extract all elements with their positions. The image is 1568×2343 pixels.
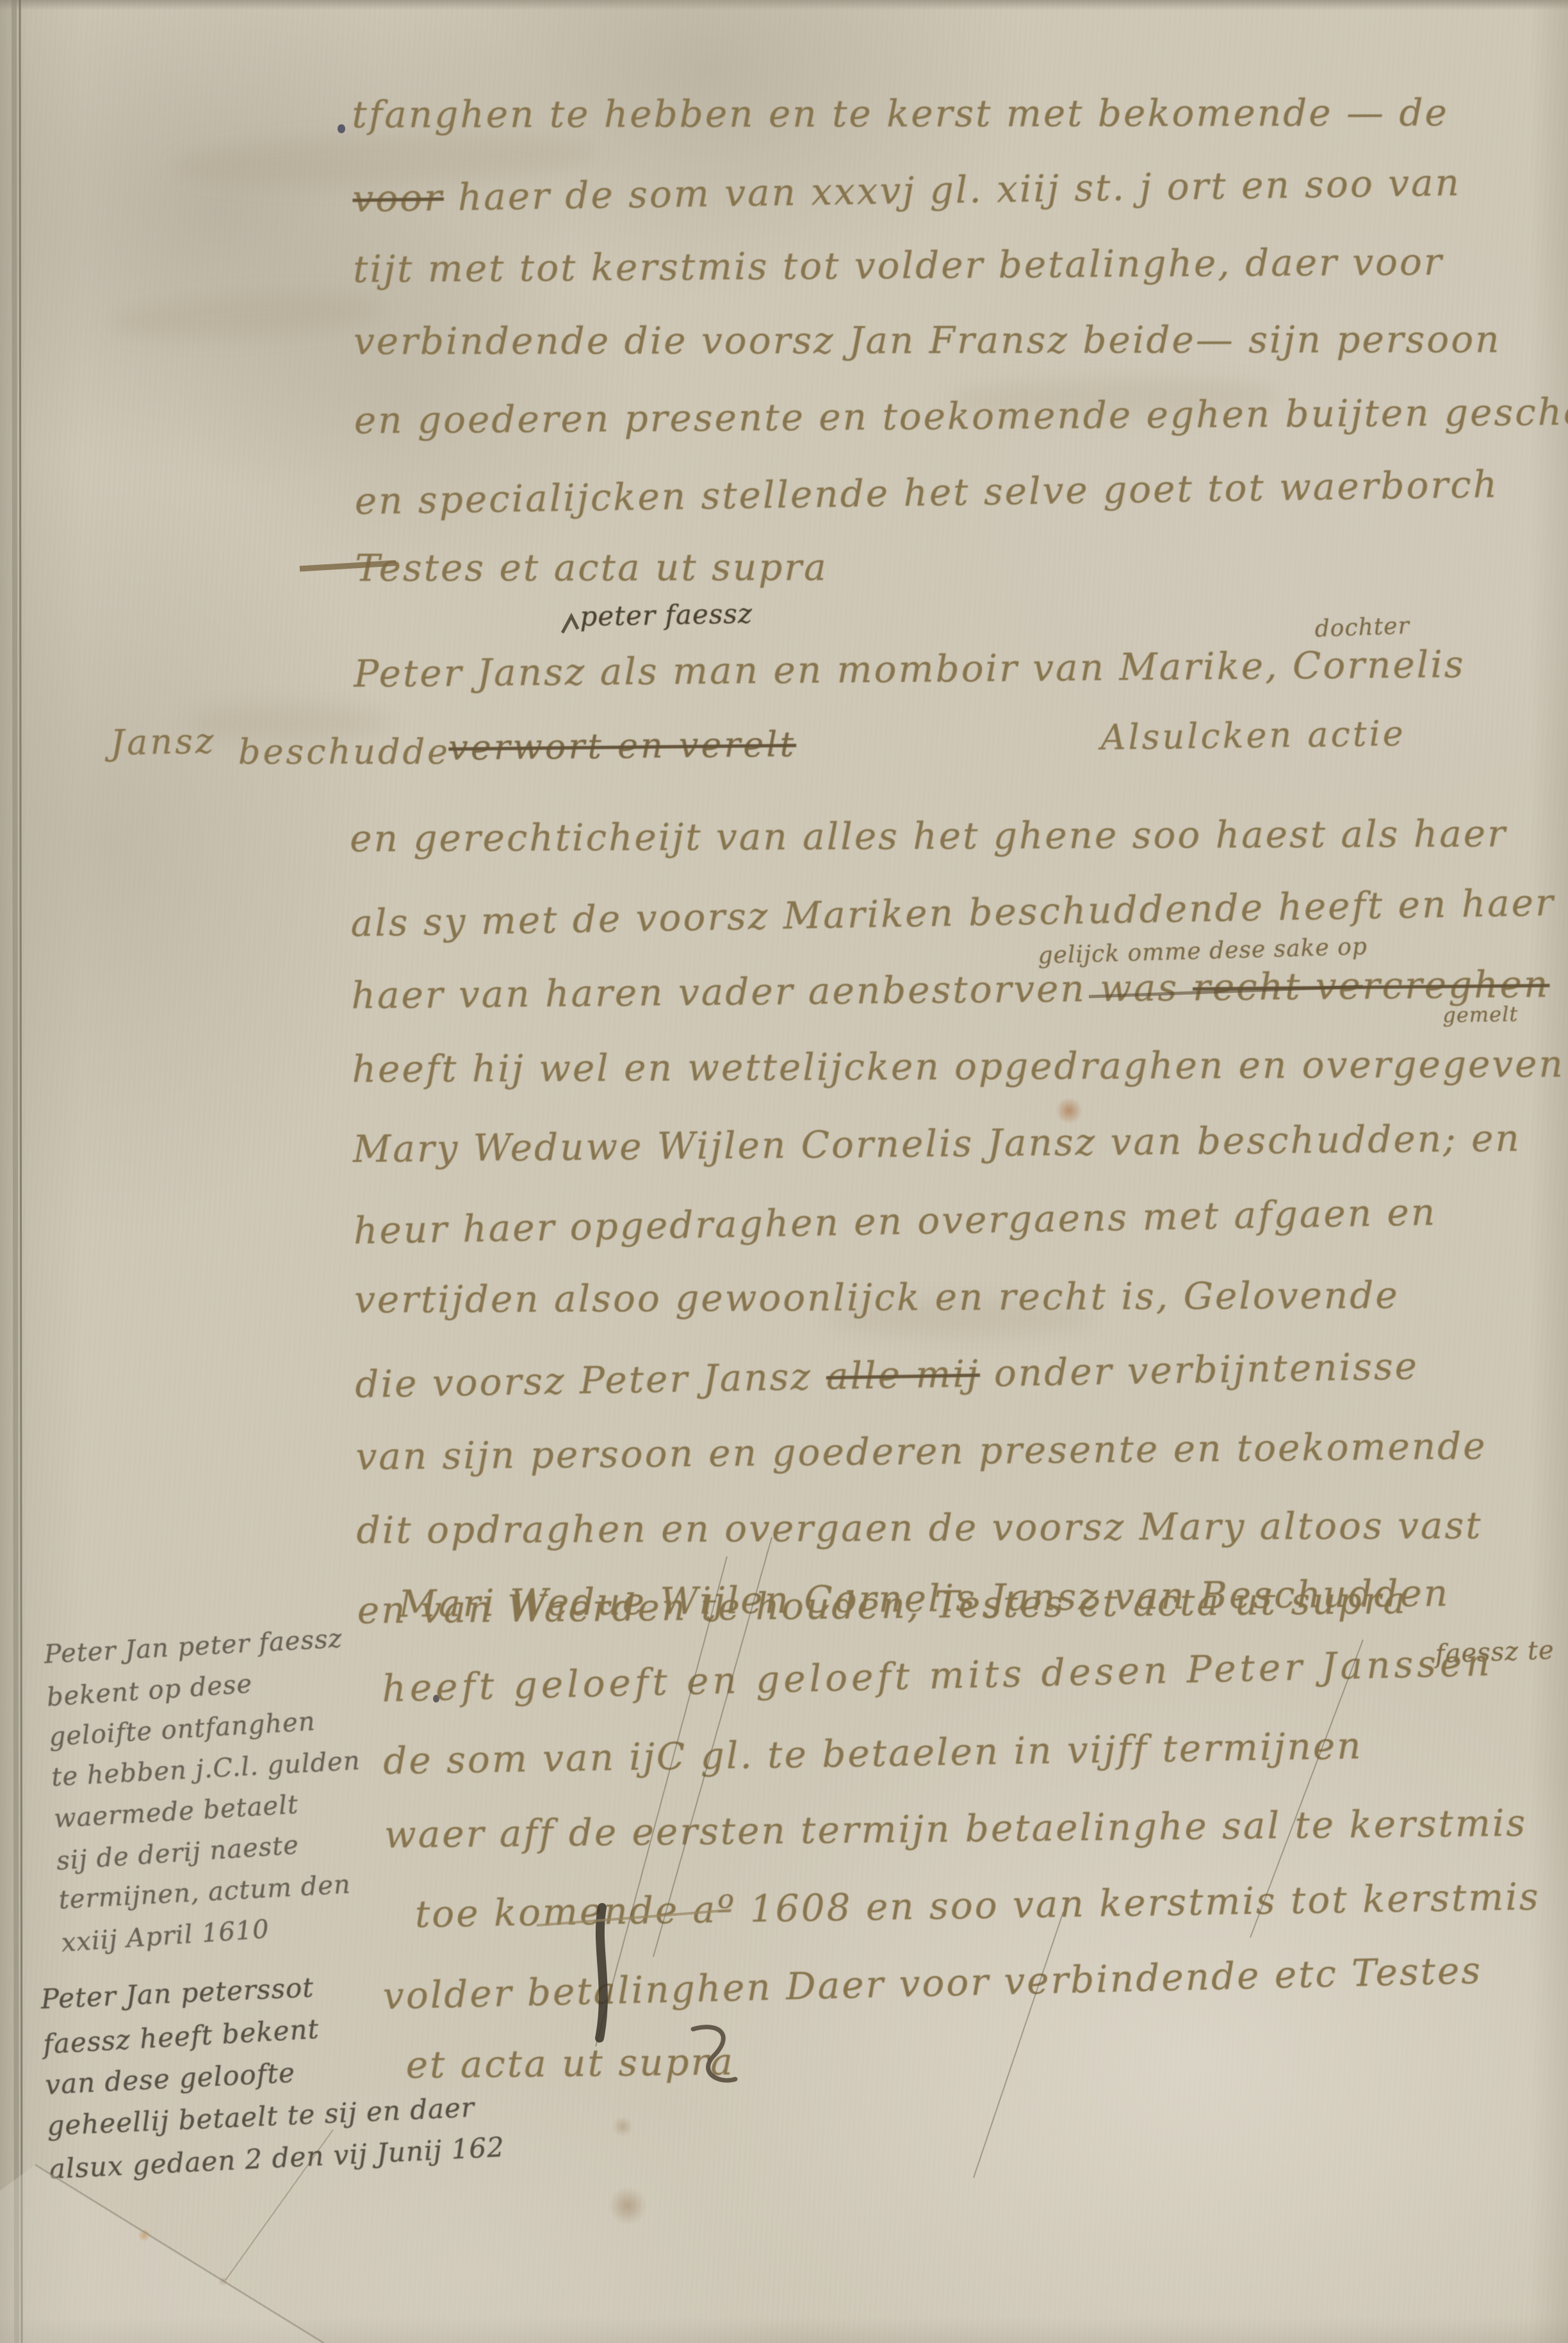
text-segment: onder verbijntenisse <box>993 1344 1419 1396</box>
text-line: haer van haren vader aenbestorven was re… <box>351 945 1564 1034</box>
text-line: en gerechticheijt van alles het ghene so… <box>350 795 1563 877</box>
text-line: tijt met tot kerstmis tot volder betalin… <box>353 222 1568 307</box>
text-line: waer aff de eersten termijn betaelinghe … <box>384 1784 1539 1874</box>
text-line: tfanghen te hebben en te kerst met bekom… <box>352 74 1568 152</box>
text-line: en goederen presente en toekomende eghen… <box>354 373 1568 458</box>
text-line: voor haer de som van xxxvj gl. xiij st. … <box>352 142 1568 237</box>
struck-word: alle mij <box>826 1351 980 1398</box>
text-line: Testes et acta ut supra <box>355 528 1568 606</box>
text-segment: die voorsz Peter Jansz <box>355 1355 813 1406</box>
margin-note-upper: Peter Jan peter faessz bekent op dese ge… <box>43 1617 371 1963</box>
margin-catchword: Jansz <box>110 721 216 763</box>
text-line: en specialijcken stellende het selve goe… <box>354 444 1568 539</box>
interlinear-insert-name: peter faessz <box>580 598 753 632</box>
entry1-paragraph: tfanghen te hebben en te kerst met bekom… <box>352 71 1568 609</box>
text-line: vertijden alsoo gewoonlijck en recht is,… <box>354 1256 1567 1338</box>
entry3-paragraph: Mari Wedue Wijlen Cornelis Jansz van Bes… <box>380 1551 1544 2107</box>
struck-words: recht vercreghen <box>1193 962 1550 1009</box>
struck-words: verwort en verelt <box>448 724 796 768</box>
text-segment: beschudde <box>238 731 450 772</box>
text-line: van sijn persoon en goederen presente en… <box>355 1407 1568 1495</box>
text-line: heur haer opgedraghen en overgaens met a… <box>353 1171 1567 1269</box>
text-line: verbindende die voorsz Jan Fransz beide—… <box>354 301 1568 379</box>
text-segment: haer de som van xxxvj gl. xiij st. j ort… <box>457 161 1461 219</box>
ink-speck <box>338 124 345 133</box>
entry2-paragraph: en gerechticheijt van alles het ghene so… <box>350 792 1568 1649</box>
struck-word: voor <box>352 176 444 220</box>
text-segment: haer van haren vader aenbestorven was <box>351 966 1179 1017</box>
small-stain <box>218 2277 228 2286</box>
text-line: heeft hij wel en wettelijcken opgedraghe… <box>352 1025 1565 1107</box>
interlinear-insert-dochter: dochter <box>1314 613 1410 642</box>
orange-speck <box>138 2229 151 2242</box>
margin-note-lower: Peter Jan peterssot faessz heeft bekent … <box>40 1957 505 2190</box>
text-line: et acta ut supra <box>405 2014 1543 2103</box>
text-segment: Alsulcken actie <box>1100 713 1406 758</box>
brown-stain <box>612 2117 633 2136</box>
brown-stain <box>608 2187 647 2225</box>
